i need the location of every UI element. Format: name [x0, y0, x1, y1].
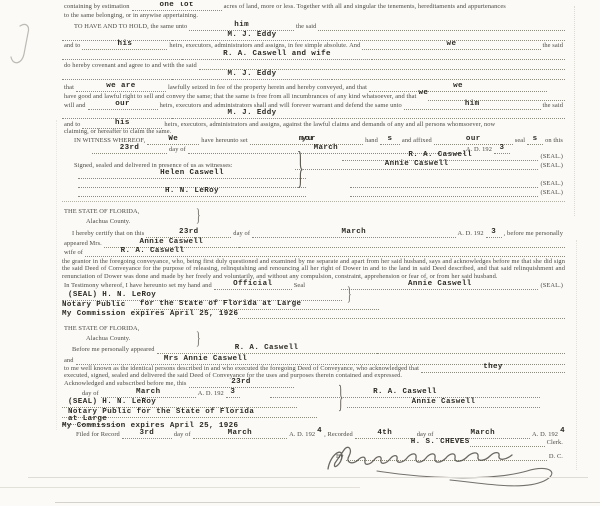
typed-signature-annie-caswell: Annie Caswell — [341, 280, 538, 290]
seal-label: (SEAL.) — [538, 161, 565, 170]
document-line: thatwe arelawfully seized in fee of the … — [62, 83, 565, 92]
dotted-blank — [372, 52, 565, 60]
dotted-blank — [238, 311, 565, 319]
typed-month: March — [252, 228, 456, 238]
deputy-clerk-signature — [322, 443, 567, 491]
document-line: Acknowledged and subscribed before me, t… — [62, 379, 565, 388]
spacer — [62, 431, 74, 439]
document-line: Alachua County. — [62, 217, 565, 226]
preprinted-text: that — [62, 83, 76, 92]
preprinted-text: the said — [294, 22, 319, 31]
spacer — [62, 189, 78, 197]
dower-acknowledgment-paragraph: the grantor in the foregoing conveyance,… — [62, 258, 565, 280]
spacer — [62, 453, 334, 461]
typed-day: 23rd — [146, 228, 231, 238]
document-line: My Commission expires April 25, 1926 — [62, 310, 565, 319]
typed-filed-day: 3rd — [122, 429, 172, 439]
dotted-blank — [350, 189, 538, 197]
spacer — [379, 302, 565, 310]
spacer — [62, 390, 80, 398]
preprinted-text: I hereby certify that on this — [70, 229, 146, 238]
document-line: Notary Publicfor the State of Florida at… — [62, 301, 565, 310]
scan-artifact-line — [0, 487, 360, 488]
spacer — [547, 84, 565, 92]
spacer — [306, 189, 350, 197]
acknowledgment-brace: } — [338, 384, 343, 416]
preprinted-text: Before me personally appeared — [70, 345, 157, 354]
spacer — [306, 171, 565, 179]
preprinted-text: seal — [513, 136, 527, 145]
typed-year-digit: 3 — [486, 228, 502, 238]
spacer — [62, 230, 70, 238]
preprinted-text: day of — [231, 229, 252, 238]
seal-label: (SEAL.) — [538, 179, 565, 188]
spacer — [240, 390, 270, 398]
spacer — [62, 335, 84, 343]
scan-artifact-line — [56, 120, 57, 430]
section-divider — [62, 201, 565, 202]
preprinted-text: lawfully seized in fee of the property h… — [166, 83, 369, 92]
typed-commission-expiry: My Commission expires April 25, 1926 — [62, 310, 238, 319]
seal-label: (SEAL.) — [538, 281, 565, 290]
typed-grantor-name: R. A. Caswell and wife — [182, 50, 372, 60]
spacer — [126, 302, 134, 310]
preprinted-text: and to — [62, 41, 82, 50]
seal-label: (SEAL.) — [538, 152, 565, 161]
document-line: M. J. Eddy — [62, 110, 565, 119]
document-line: day ofMarchA. D. 1923R. A. Caswell — [62, 389, 565, 398]
spacer — [62, 162, 72, 170]
spacer — [62, 180, 78, 188]
dotted-blank — [62, 111, 172, 119]
typed-day: 23rd — [189, 378, 294, 388]
typed-year-digit: 3 — [226, 388, 240, 398]
pencil-mark — [6, 20, 36, 72]
preprinted-text: Seal — [292, 281, 307, 290]
preprinted-text: Filed for Record — [74, 430, 122, 439]
spacer — [62, 346, 70, 354]
dotted-blank — [318, 23, 565, 31]
spacer — [62, 218, 84, 226]
document-line: TO HAVE AND TO HOLD, the same untohimthe… — [62, 22, 565, 31]
typed-grantee-name: M. J. Eddy — [172, 109, 332, 119]
state-county-brace: } — [196, 329, 201, 347]
preprinted-text: THE STATE OF FLORIDA, — [62, 207, 141, 216]
preprinted-text: the said — [541, 41, 566, 50]
document-line: Helen Caswell — [62, 170, 565, 179]
dotted-blank — [62, 52, 182, 60]
preprinted-text: THE STATE OF FLORIDA, — [62, 324, 141, 333]
typed-pronoun: him — [189, 21, 294, 31]
witness-column-brace: } — [297, 147, 304, 191]
typed-pronoun: we — [418, 89, 428, 98]
typed-month: March — [101, 388, 196, 398]
preprinted-text: A. D. 192 — [287, 430, 317, 439]
typed-grantee-name: M. J. Eddy — [172, 31, 332, 41]
document-line: (SEAL) H. N. LeRoyAnnie Caswell — [62, 399, 565, 408]
document-line: and tohisheirs, executors, administrator… — [62, 41, 565, 50]
preprinted-text: to the same belonging, or in anywise app… — [62, 11, 200, 20]
testimony-brace: } — [347, 284, 352, 303]
typed-notary-title: Notary Public — [62, 301, 126, 310]
typed-recorded-day: 4th — [355, 429, 415, 439]
dotted-blank — [239, 240, 565, 248]
typed-pronoun: him — [404, 100, 541, 110]
document-line: H. N. LeRoy(SEAL.) — [62, 188, 565, 197]
preprinted-text: A. D. 192 — [196, 389, 226, 398]
typed-pronoun: we — [362, 40, 540, 50]
state-county-brace: } — [196, 206, 201, 224]
typed-pronoun: our — [88, 100, 158, 110]
typed-pronoun: we are — [76, 82, 166, 92]
spacer — [294, 380, 566, 388]
typed-witness-h-n-leroy: H. N. LeRoy — [78, 187, 306, 197]
preprinted-text: do hereby covenant and agree to and with… — [62, 61, 199, 70]
typed-husband-name: R. A. Caswell — [85, 247, 220, 257]
preprinted-text: containing by estimation — [62, 2, 132, 11]
preprinted-text: A. D. 192 — [456, 229, 486, 238]
preprinted-text: day of — [172, 430, 193, 439]
spacer — [62, 23, 72, 31]
typed-pronoun: we — [369, 82, 547, 92]
typed-signature-annie-caswell: Annie Caswell — [295, 160, 539, 170]
preprinted-text: In Testimony whereof, I have hereunto se… — [62, 281, 214, 290]
scan-artifact-line — [28, 477, 588, 478]
typed-year-digit: 4 — [317, 427, 322, 436]
scan-artifact-line — [576, 240, 577, 470]
document-body: containing by estimationone lotacres of … — [62, 2, 565, 461]
spacer — [540, 390, 565, 398]
dotted-blank — [377, 346, 565, 354]
preprinted-text: Alachua County. — [84, 334, 132, 343]
scan-artifact-line — [55, 502, 600, 503]
dotted-blank — [332, 72, 565, 80]
typed-official: Official — [214, 280, 292, 290]
spacer — [307, 282, 341, 290]
typed-month: March — [193, 429, 287, 439]
typed-notary-name: (SEAL) H. N. LeRoy — [62, 398, 297, 408]
typed-year-digit: 4 — [560, 427, 565, 436]
seal-label: (SEAL.) — [538, 188, 565, 197]
preprinted-text: will and — [62, 101, 88, 110]
dotted-blank — [62, 72, 172, 80]
typed-pronoun: his — [82, 40, 167, 50]
typed-pronoun: they — [421, 363, 565, 373]
document-line: Alachua County. — [62, 334, 565, 343]
typed-witness-helen-caswell: Helen Caswell — [78, 169, 306, 179]
preprinted-text: heirs, executors, administrators and ass… — [162, 120, 497, 129]
document-line: Filed for Record3rdday ofMarchA. D. 1924… — [62, 430, 565, 439]
typed-appearer-name: R. A. Caswell — [157, 344, 377, 354]
typed-signature-r-a-caswell: R. A. Caswell — [270, 388, 540, 398]
document-line: I hereby certify that on this23rdday ofM… — [62, 229, 565, 238]
spacer — [62, 137, 72, 145]
dotted-blank — [350, 180, 538, 188]
preprinted-text: Alachua County. — [84, 217, 132, 226]
preprinted-text: , Recorded — [322, 430, 355, 439]
typed-grantee-name: M. J. Eddy — [172, 70, 332, 80]
document-line: In Testimony whereof, I have hereunto se… — [62, 281, 565, 290]
preprinted-text: Acknowledged and subscribed before me, t… — [62, 379, 189, 388]
document-line: to the same belonging, or in anywise app… — [62, 11, 565, 20]
document-line: do hereby covenant and agree to and with… — [62, 61, 565, 70]
scanned-deed-page: containing by estimationone lotacres of … — [0, 0, 600, 506]
document-line: R. A. Caswell and wife — [62, 51, 565, 60]
preprinted-text: wife of — [62, 248, 85, 257]
scan-artifact-line — [574, 6, 575, 216]
spacer — [62, 171, 78, 179]
document-line: THE STATE OF FLORIDA, — [62, 207, 565, 216]
document-line: Before me personally appearedR. A. Caswe… — [62, 345, 565, 354]
document-line: THE STATE OF FLORIDA, — [62, 324, 565, 333]
typed-signature-annie-caswell: Annie Caswell — [347, 398, 540, 408]
document-line: M. J. Eddy — [62, 71, 565, 80]
typed-land-description: one lot — [132, 2, 222, 11]
preprinted-text: heirs, executors, administrators and ass… — [167, 41, 362, 50]
typed-notary-jurisdiction: for the State of Florida at Large — [134, 300, 379, 310]
spacer — [306, 180, 350, 188]
document-line: wife ofR. A. Caswell — [62, 248, 565, 257]
preprinted-text: the said — [541, 101, 566, 110]
preprinted-text: on this — [543, 136, 565, 145]
dotted-blank — [332, 111, 565, 119]
spacer — [540, 400, 565, 408]
preprinted-text: , before me personally — [502, 229, 565, 238]
typed-plural-s: s — [527, 135, 543, 145]
preprinted-text: day of — [80, 389, 101, 398]
dotted-blank — [199, 62, 565, 70]
dotted-blank — [220, 249, 565, 257]
preprinted-text: TO HAVE AND TO HOLD, the same unto — [72, 22, 189, 31]
document-line: containing by estimationone lotacres of … — [62, 2, 565, 11]
preprinted-text: acres of land, more or less. Together wi… — [222, 2, 508, 11]
